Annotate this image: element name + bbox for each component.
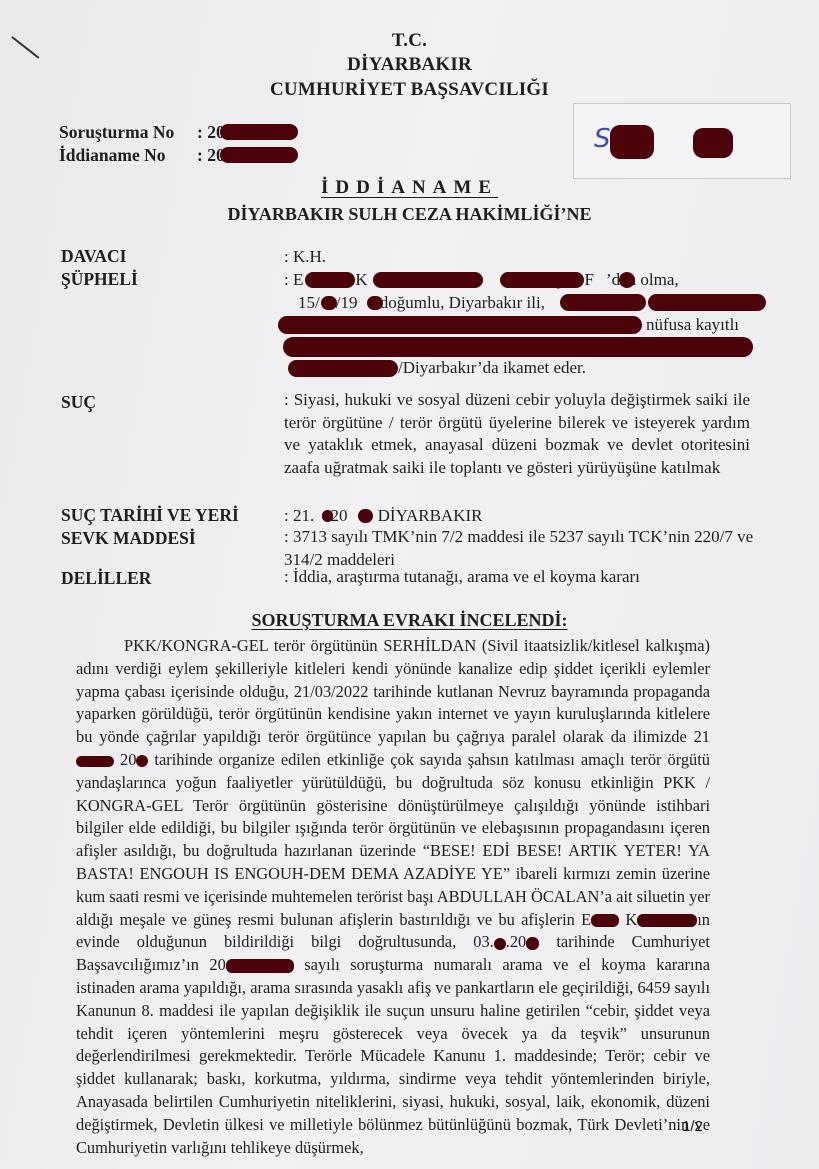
suspect-line-3: nüfusa kayıtlı [646,314,756,337]
indictment-number: İddianame No: 20 [59,145,225,166]
redaction [220,147,298,163]
crime-date-label: SUÇ TARİHİ VE YERİ [61,505,239,526]
redaction [500,272,584,288]
redaction [494,938,506,950]
body-text: tarihinde organize edilen etkinliğe çok … [76,750,710,929]
redaction [136,755,148,767]
referral-value: : 3713 sayılı TMK’nin 7/2 maddesi ile 52… [284,526,762,571]
body-text: K [625,910,637,929]
document-title: İDDİANAME [0,177,819,199]
plaintiff-value: : K.H. [284,246,758,269]
redaction [373,272,483,288]
handwritten-note-box: S A [573,103,791,179]
redaction [648,294,766,311]
redaction [637,914,697,927]
redaction [278,316,642,334]
body-paragraph: PKK/KONGRA-GEL terör örgütünün SERHİLDAN… [76,635,710,1159]
redaction [76,756,114,767]
crime-label: SUÇ [61,392,96,413]
referral-label: SEVK MADDESİ [61,528,196,549]
redaction [288,360,398,377]
redaction [367,296,383,310]
evidence-label: DELİLLER [61,568,151,589]
redaction [693,128,733,158]
redaction [526,937,539,950]
redaction [619,272,635,288]
body-text: .20 [506,932,527,951]
page-number: 1/2 [682,1118,703,1135]
section-title: SORUŞTURMA EVRAKI İNCELENDİ: [0,610,819,631]
crime-value: : Siyasi, hukuki ve sosyal düzeni cebir … [284,389,750,479]
redaction [560,294,646,311]
redaction [226,959,294,973]
evidence-value: : İddia, araştırma tutanağı, arama ve el… [284,566,758,589]
court-name: DİYARBAKIR SULH CEZA HAKİMLİĞİ’NE [0,204,819,225]
suspect-text: : E [284,270,303,289]
body-text: PKK/KONGRA-GEL terör örgütünün SERHİLDAN… [76,636,710,746]
suspect-text: doğumlu, Diyarbakır ili, [380,293,545,312]
redaction [358,509,373,523]
header-city: DİYARBAKIR [0,54,819,76]
suspect-line-5: /Diyarbakır’da ikamet eder. [398,357,758,380]
document-page: T.C. DİYARBAKIR CUMHURİYET BAŞSAVCILIĞI … [0,0,819,1169]
redaction [591,914,619,927]
plaintiff-label: DAVACI [61,246,127,267]
suspect-text: 15/ [298,293,320,312]
redaction [321,296,337,310]
indictment-number-label: İddianame No [59,145,197,166]
crime-date-value: : 21..20 - DİYARBAKIR [284,505,758,528]
header-office: CUMHURİYET BAŞSAVCILIĞI [0,79,819,101]
redaction [610,125,654,159]
crime-date-text: - DİYARBAKIR [363,506,482,525]
crime-date-text: : 21. [284,506,314,525]
suspect-text: ’den olma, [606,270,679,289]
body-text: 20 [120,750,136,769]
body-text: sayılı soruşturma numaralı arama ve el k… [76,955,710,1156]
investigation-number: Soruşturma No: 20 [59,122,225,143]
redaction [322,510,333,522]
redaction [220,124,298,140]
suspect-label: ŞÜPHELİ [61,269,138,290]
redaction [305,272,355,288]
suspect-text: /19 [336,293,358,312]
suspect-text: K [355,270,367,289]
header-tc: T.C. [0,30,819,52]
redaction [283,337,753,357]
investigation-number-label: Soruşturma No [59,122,197,143]
